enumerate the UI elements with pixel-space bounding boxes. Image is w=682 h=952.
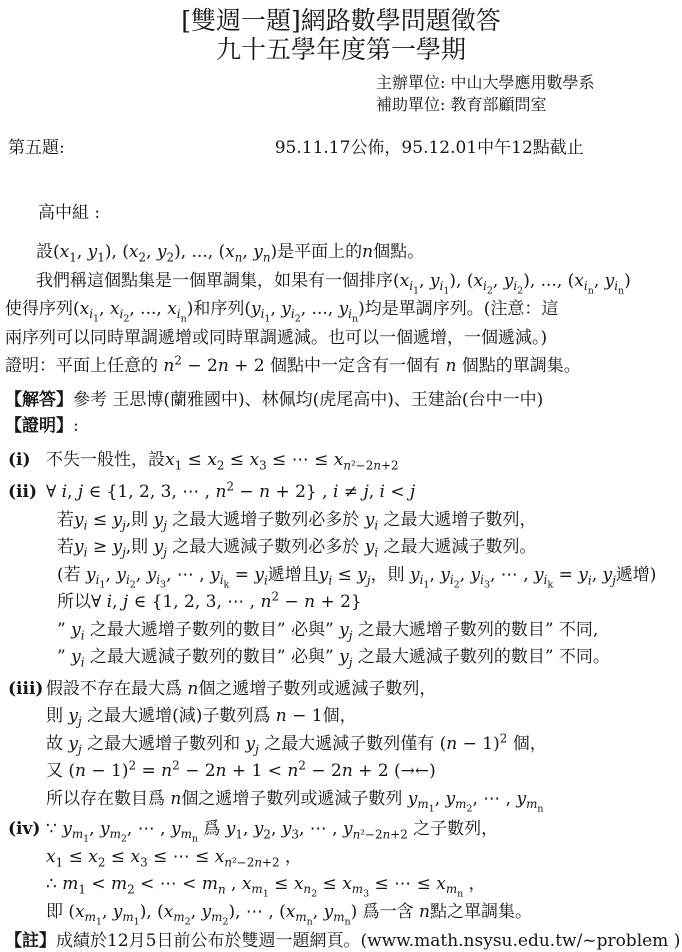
proof-heading: 【證明】:: [5, 414, 682, 438]
proof-label: 【證明】: [5, 416, 73, 436]
proof-line: x1 ≤ x2 ≤ x3 ≤ ⋯ ≤ xn²−2n+2 ，: [46, 844, 682, 872]
proof-item-iii-text: 假設不存在最大爲 n個之遞增子數列或遞減子數列，: [46, 679, 436, 699]
proof-line: 若yi ≤ yj,則 yj 之最大遞增子數列必多於 yi 之最大遞增子數列，: [57, 507, 682, 535]
publish-deadline-text: 95.11.17公佈，95.12.01中午12點截止: [275, 138, 584, 158]
proof-item-ii-label: (ii): [8, 479, 37, 507]
solution-credit-line: 【解答】參考 王思博(蘭雅國中)、林佩均(虎尾高中)、王建詒(台中一中): [5, 388, 682, 412]
proof-item-i-text: 不失一般性，設x1 ≤ x2 ≤ x3 ≤ ⋯ ≤ xn²−2n+2: [46, 450, 399, 470]
problem-statement-line: 兩序列可以同時單調遞增或同時單調遞減。也可以一個遞增，一個遞減。): [5, 324, 682, 353]
proof-item-iii: (iii) 假設不存在最大爲 n個之遞增子數列或遞減子數列，: [0, 676, 682, 704]
proof-line: 即 (xm1, ym1), (xm2, ym2), ⋯ , (xmn, ymn)…: [46, 899, 682, 927]
note-label: 【註】: [5, 931, 56, 951]
proof-item-iv-text: ∵ ym1, ym2, ⋯ , ymn 爲 y1, y2, y3, ⋯ , yn…: [46, 819, 498, 839]
proof-item-iv-label: (iv): [8, 816, 40, 844]
proof-line: 所以存在數目爲 n個之遞增子數列或遞減子數列 ym1, ym2, ⋯ , ymn: [46, 786, 682, 814]
proof-line: 則 yj 之最大遞增(減)子數列爲 n − 1個，: [46, 703, 682, 731]
organizer-block: 主辦單位: 中山大學應用數學系 補助單位: 教育部顧問室: [376, 72, 682, 116]
problem-header-row: 第五題:95.11.17公佈，95.12.01中午12點截止: [0, 137, 682, 159]
proof-line: 所以∀ i, j ∈ {1, 2, 3, ⋯ , n2 − n + 2}: [57, 589, 682, 617]
problem-statement-line: 我們稱這個點集是一個單調集，如果有一個排序(xi1, yi1), (xi2, y…: [36, 267, 682, 296]
document-page: [雙週一題]網路數學問題徵答 九十五學年度第一學期 主辦單位: 中山大學應用數學…: [0, 0, 682, 952]
organizer-line: 主辦單位: 中山大學應用數學系: [376, 72, 682, 94]
proof-item-i-label: (i): [8, 447, 31, 475]
solution-credit-text: 參考 王思博(蘭雅國中)、林佩均(虎尾高中)、王建詒(台中一中): [73, 390, 543, 410]
problem-number-label: 第五題:: [8, 138, 65, 158]
document-title-line2: 九十五學年度第一學期: [0, 35, 682, 64]
note-text: 成績於12月5日前公布於雙週一題網頁。(www.math.nsysu.edu.t…: [56, 931, 680, 951]
proof-line: (若 yi1, yi2, yi3, ⋯ , yik = yi遞增且yi ≤ yj…: [57, 562, 682, 590]
problem-statement: 設(x1, y1), (x2, y2), ..., (xn, yn)是平面上的n…: [0, 238, 682, 381]
proof-item-iv: (iv) ∵ ym1, ym2, ⋯ , ymn 爲 y1, y2, y3, ⋯…: [0, 816, 682, 844]
proof-item-iii-label: (iii): [8, 676, 43, 704]
proof-line: 又 (n − 1)2 = n2 − 2n + 1 < n2 − 2n + 2 (…: [46, 758, 682, 786]
problem-statement-line: 證明：平面上任意的 n2 − 2n + 2 個點中一定含有一個有 n 個點的單調…: [5, 352, 682, 381]
group-label: 高中組 :: [38, 201, 682, 225]
proof-item-i: (i) 不失一般性，設x1 ≤ x2 ≤ x3 ≤ ⋯ ≤ xn²−2n+2: [0, 447, 682, 475]
proof-line: 若yi ≥ yj,則 yj 之最大遞減子數列必多於 yi 之最大遞減子數列。: [57, 534, 682, 562]
proof-heading-colon: :: [73, 416, 79, 436]
proof-line: ” yi 之最大遞減子數列的數目” 必與” yj 之最大遞減子數列的數目” 不同…: [57, 644, 682, 672]
document-title-line1: [雙週一題]網路數學問題徵答: [0, 0, 682, 35]
sponsor-line: 補助單位: 教育部顧問室: [376, 94, 682, 116]
proof-line: 故 yj 之最大遞增子數列和 yj 之最大遞減子數列僅有 (n − 1)2 個，: [46, 731, 682, 759]
problem-statement-line: 設(x1, y1), (x2, y2), ..., (xn, yn)是平面上的n…: [36, 238, 682, 267]
proof-item-ii-text: ∀ i, j ∈ {1, 2, 3, ⋯ , n2 − n + 2} , i ≠…: [46, 482, 415, 502]
proof-item-ii: (ii) ∀ i, j ∈ {1, 2, 3, ⋯ , n2 − n + 2} …: [0, 479, 682, 507]
problem-statement-line: 使得序列(xi1, xi2, ..., xin)和序列(yi1, yi2, ..…: [5, 295, 682, 324]
solution-label: 【解答】: [5, 390, 73, 410]
proof-line: ∴ m1 < m2 < ⋯ < mn , xm1 ≤ xn2 ≤ xm3 ≤ ⋯…: [46, 871, 682, 899]
proof-line: ” yi 之最大遞增子數列的數目” 必與” yj 之最大遞增子數列的數目” 不同…: [57, 617, 682, 645]
note-line: 【註】成績於12月5日前公布於雙週一題網頁。(www.math.nsysu.ed…: [5, 931, 682, 951]
